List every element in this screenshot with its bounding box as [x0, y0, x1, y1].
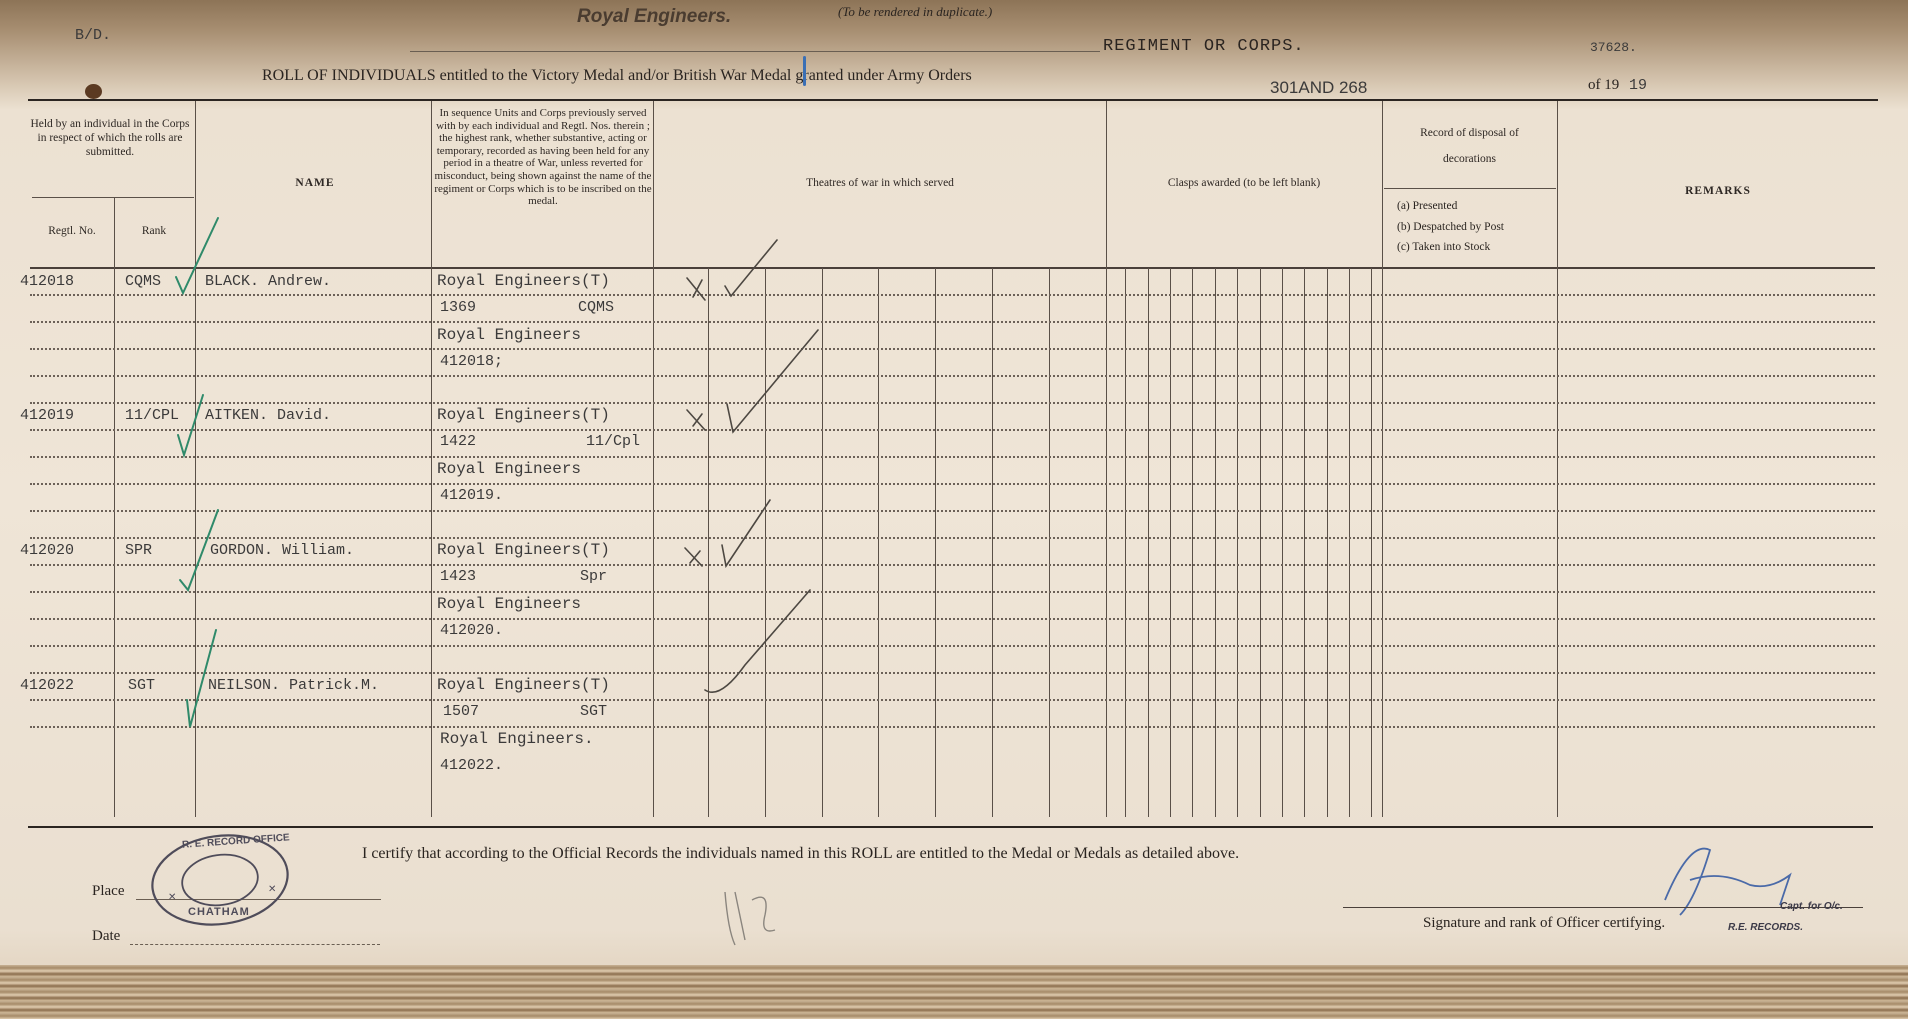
svg-text:✕: ✕: [168, 892, 176, 903]
stamp-bottom-text: CHATHAM: [188, 906, 250, 918]
svg-text:✕: ✕: [268, 884, 276, 895]
roll-document-page: B/D. Royal Engineers. (To be rendered in…: [0, 0, 1908, 1019]
place-label: Place: [92, 883, 124, 900]
green-check-icon: [176, 218, 218, 727]
officer-rank-stamp-1: Capt. for O/c.: [1780, 901, 1843, 912]
date-line: [130, 944, 380, 945]
signature-label: Signature and rank of Officer certifying…: [1423, 915, 1665, 932]
date-label: Date: [92, 928, 120, 945]
officer-rank-stamp-2: R.E. RECORDS.: [1728, 922, 1803, 933]
book-page-edges: [0, 965, 1908, 1019]
record-office-stamp: ✕ ✕ R. E. RECORD OFFICE CHATHAM: [148, 830, 293, 930]
pencil-tick-icon: [685, 240, 818, 692]
bottom-rule: [28, 826, 1873, 828]
certification-text: I certify that according to the Official…: [362, 845, 1239, 863]
pencil-note-mark: [725, 892, 775, 945]
officer-signature: [1665, 849, 1790, 915]
